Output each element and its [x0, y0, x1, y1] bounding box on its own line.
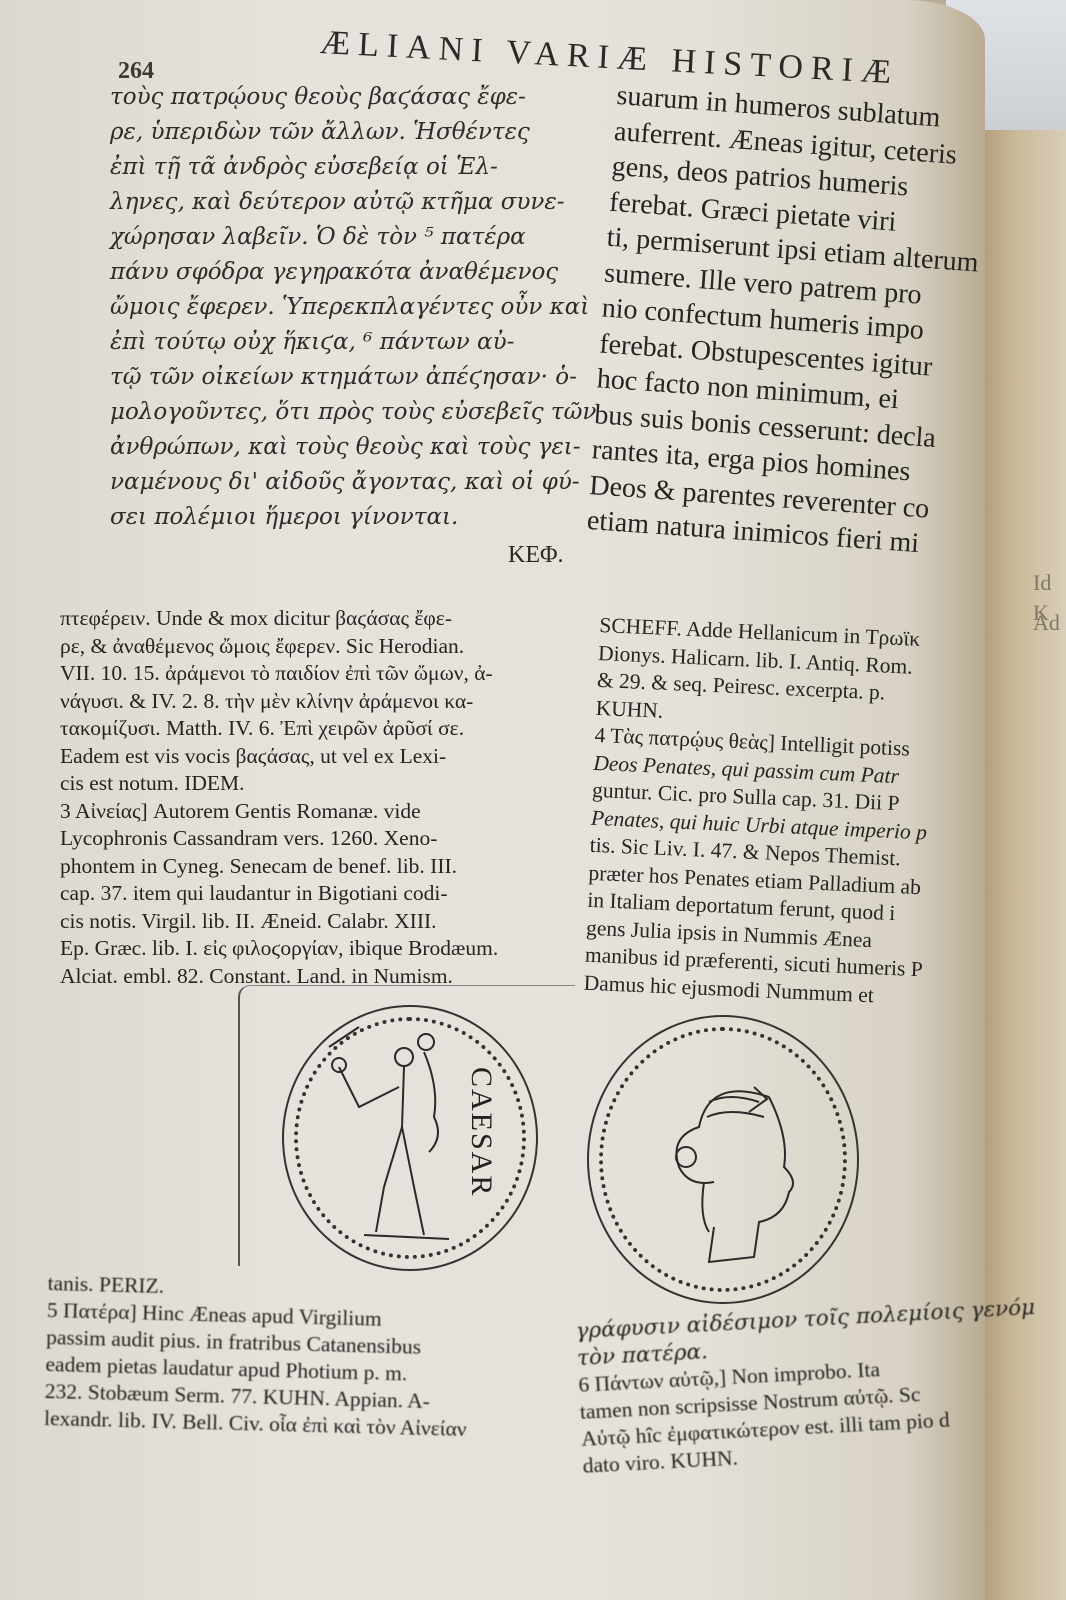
note-line: Eadem est vis vocis βαϛάσας, ut vel ex L…	[60, 743, 580, 771]
footnotes-left: πτεφέρειν. Unde & mox dicitur βαϛάσας ἔφ…	[60, 605, 580, 990]
aeneas-anchises-figure-icon	[284, 1007, 536, 1269]
text-line: χώρησαν λαβεῖν. Ὁ δὲ τὸν ⁵ πατέρα	[110, 220, 600, 255]
text-line: ἀνθρώπων, καὶ τοὺς θεοὺς καὶ τοὺς γει-	[110, 430, 600, 465]
text-line: ἐπὶ τούτῳ οὐχ ἥκιϛα, ⁶ πάντων αὐ-	[110, 325, 600, 360]
text-line: τῷ τῶν οἰκείων κτημάτων ἀπέϛησαν· ὁ-	[110, 360, 600, 395]
text-line: τοὺς πατρῴους θεοὺς βαϛάσας ἔφε-	[110, 80, 600, 115]
coin-legend: CAESAR	[464, 1067, 498, 1197]
next-page-fragment: Ad	[1033, 610, 1060, 636]
bottom-notes-right: γράφυσιν αἰδέσιμον τοῖς πολεμίοις γενόμ …	[575, 1297, 983, 1480]
note-line: Ep. Græc. lib. I. εἰς φιλοϛοργίαν, ibiqu…	[60, 935, 580, 963]
note-line: cap. 37. item qui laudantur in Bigotiani…	[60, 880, 580, 908]
text-line: ρε, ὑπεριδὼν τῶν ἄλλων. Ἡσθέντες	[110, 115, 600, 150]
profile-head-icon	[589, 1017, 857, 1302]
note-line: πτεφέρειν. Unde & mox dicitur βαϛάσας ἔφ…	[60, 605, 580, 633]
text-line: ὤμοις ἔφερεν. Ὑπερεκπλαγέντες οὖν καὶ	[110, 290, 600, 325]
text-line: μολογοῦντες, ὅτι πρὸς τοὺς εὐσεβεῖς τῶν	[110, 395, 600, 430]
main-latin-text: suarum in humeros sublatum auferrent. Æn…	[586, 78, 977, 563]
bottom-notes-left: tanis. PERIZ. 5 Πατέρα] Hinc Æneas apud …	[44, 1270, 568, 1446]
note-line: ρε, & ἀναθέμενος ὤμοις ἔφερεν. Sic Herod…	[60, 633, 580, 661]
note-line: cis notis. Virgil. lib. II. Æneid. Calab…	[60, 908, 580, 936]
note-line: cis est notum. IDEM.	[60, 770, 580, 798]
text-line: πάνυ σφόδρα γεγηρακότα ἀναθέμενος	[110, 255, 600, 290]
note-line: VII. 10. 15. ἀράμενοι τὸ παιδίον ἐπὶ τῶν…	[60, 660, 580, 688]
coin-aeneas-figure: CAESAR	[282, 1005, 538, 1271]
text-line: ἐπὶ τῇ τᾶ ἀνδρὸς εὐσεβείᾳ οἱ Ἑλ-	[110, 150, 600, 185]
text-line: ληνες, καὶ δεύτερον αὐτῷ κτῆμα συνε-	[110, 185, 600, 220]
note-line: τακομίζυσι. Matth. IV. 6. Ἐπὶ χειρῶν ἀρῦ…	[60, 715, 580, 743]
main-greek-text: τοὺς πατρῴους θεοὺς βαϛάσας ἔφε- ρε, ὑπε…	[110, 80, 600, 535]
coin-female-profile	[587, 1015, 859, 1304]
note-line: νάγυσι. & IV. 2. 8. τὴν μὲν κλίνην ἀράμε…	[60, 688, 580, 716]
note-line: Lycophronis Cassandram vers. 1260. Xeno-	[60, 825, 580, 853]
next-page-fragment: Id	[1033, 570, 1051, 596]
note-line: phontem in Cyneg. Senecam de benef. lib.…	[60, 853, 580, 881]
catchword: ΚΕΦ.	[508, 542, 564, 569]
footnotes-right: SCHEFF. Adde Hellanicum in Τρωϊκ Dionys.…	[583, 612, 974, 1013]
next-page-edge: K Id Ad	[985, 130, 1066, 1600]
text-line: σει πολέμιοι ἥμεροι γίνονται.	[110, 500, 600, 535]
text-line: ναμένους δι' αἰδοῦς ἄγοντας, καὶ οἱ φύ-	[110, 465, 600, 500]
note-line: 3 Αἰνείας] Autorem Gentis Romanæ. vide	[60, 798, 580, 826]
